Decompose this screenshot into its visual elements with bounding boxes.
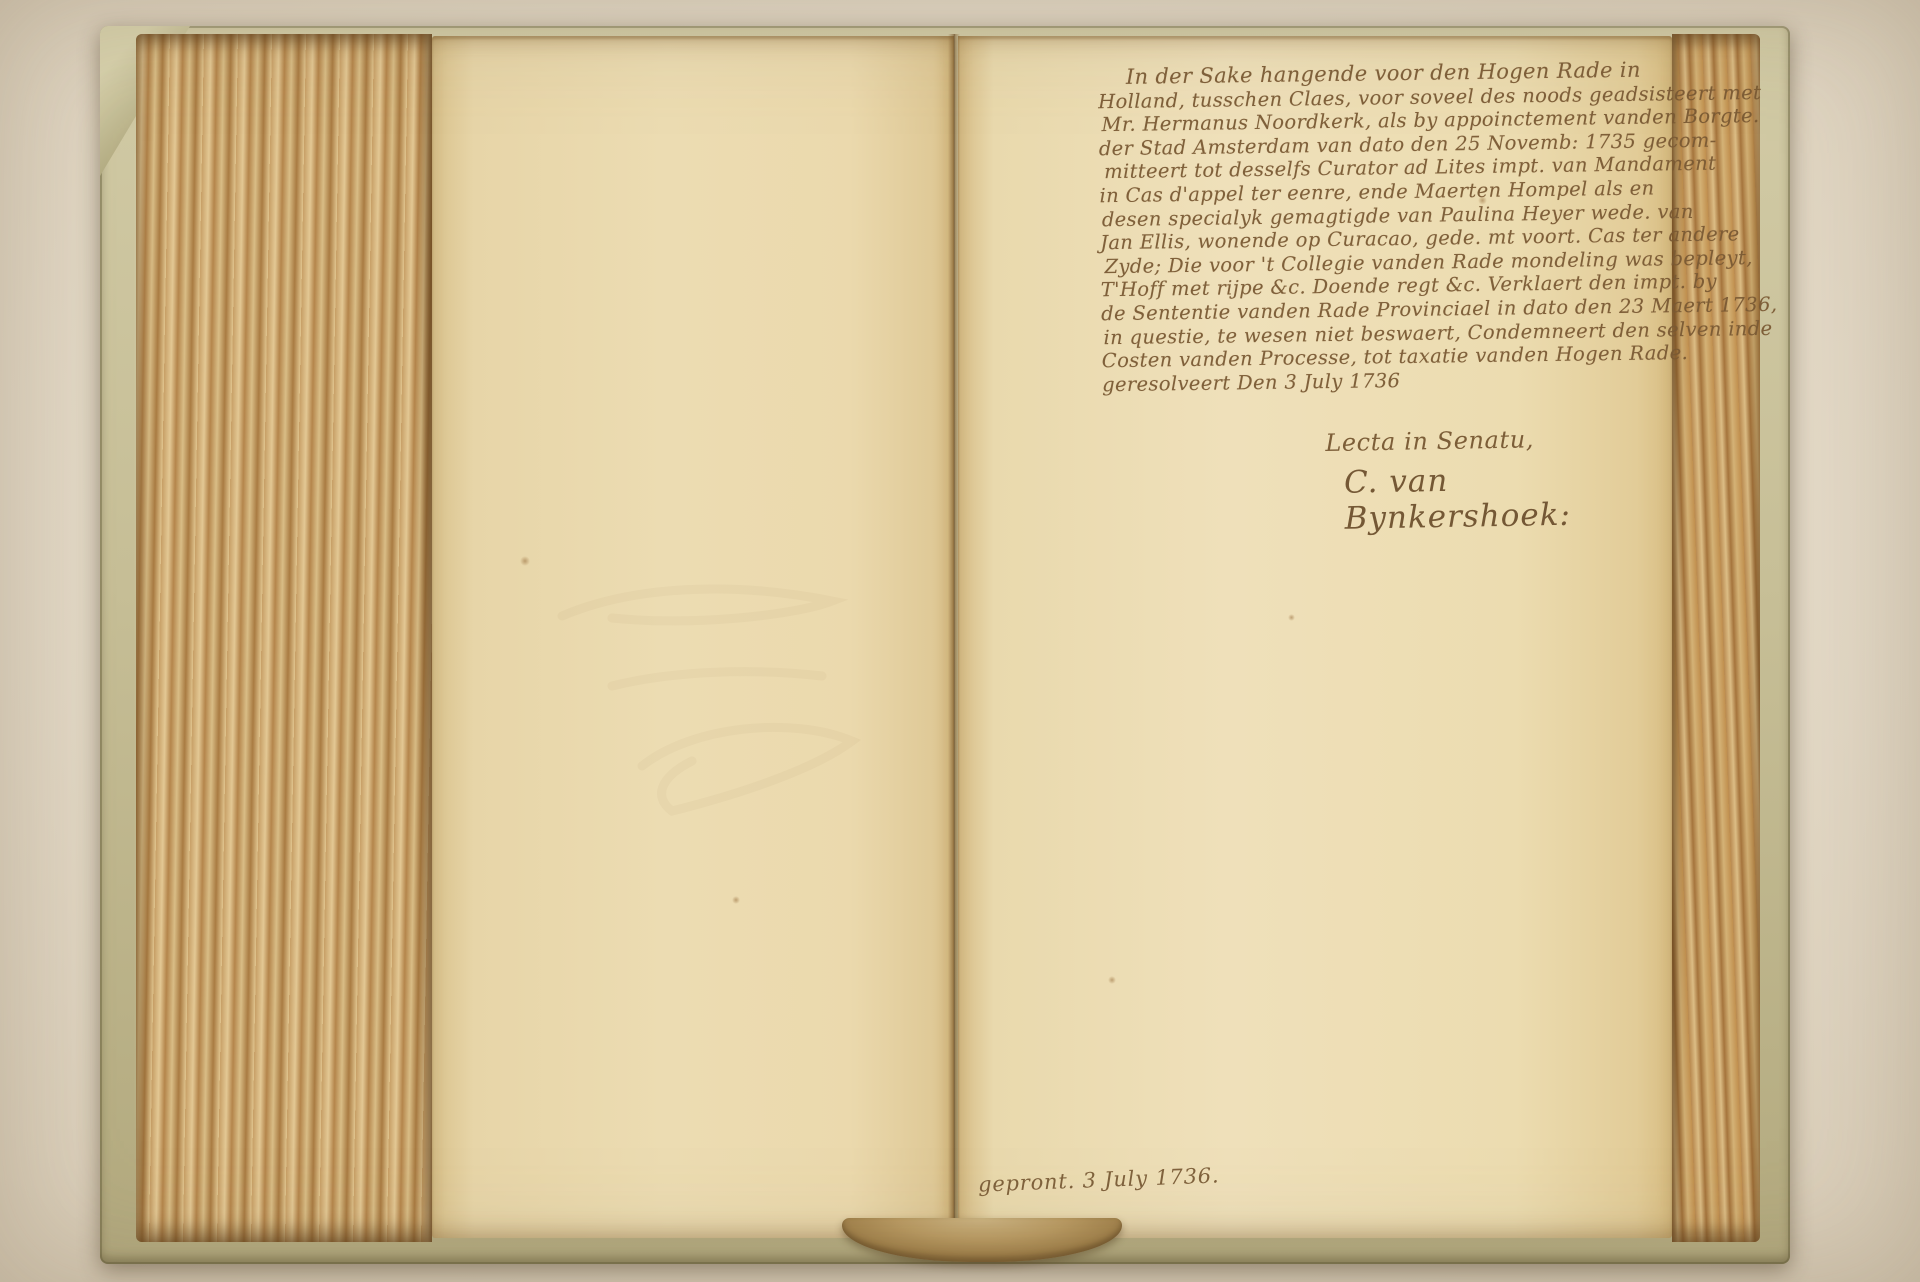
show-through-ink-ghost [492, 556, 912, 856]
foxing-spot [732, 896, 740, 904]
open-book: In der Sake hangende voor den Hogen Rade… [100, 26, 1790, 1264]
foxing-spot [1288, 614, 1295, 621]
foxing-spot [1478, 196, 1487, 205]
lecta-in-senatu-note: Lecta in Senatu, [1325, 423, 1671, 457]
right-page: In der Sake hangende voor den Hogen Rade… [958, 36, 1672, 1238]
page-gutter-crease [948, 34, 960, 1242]
bynkershoek-signature: C. van Bynkershoek: [1344, 459, 1673, 537]
foxing-spot [520, 556, 530, 566]
manuscript-text-block: In der Sake hangende voor den Hogen Rade… [1098, 58, 1707, 397]
closing-block: Lecta in Senatu, C. van Bynkershoek: [1325, 423, 1673, 537]
photo-scene: In der Sake hangende voor den Hogen Rade… [0, 0, 1920, 1282]
docket-note: gepront. 3 July 1736. [978, 1163, 1220, 1196]
left-page [432, 36, 954, 1238]
page-stack-left-fore-edge [136, 34, 432, 1242]
foxing-spot [1108, 976, 1116, 984]
